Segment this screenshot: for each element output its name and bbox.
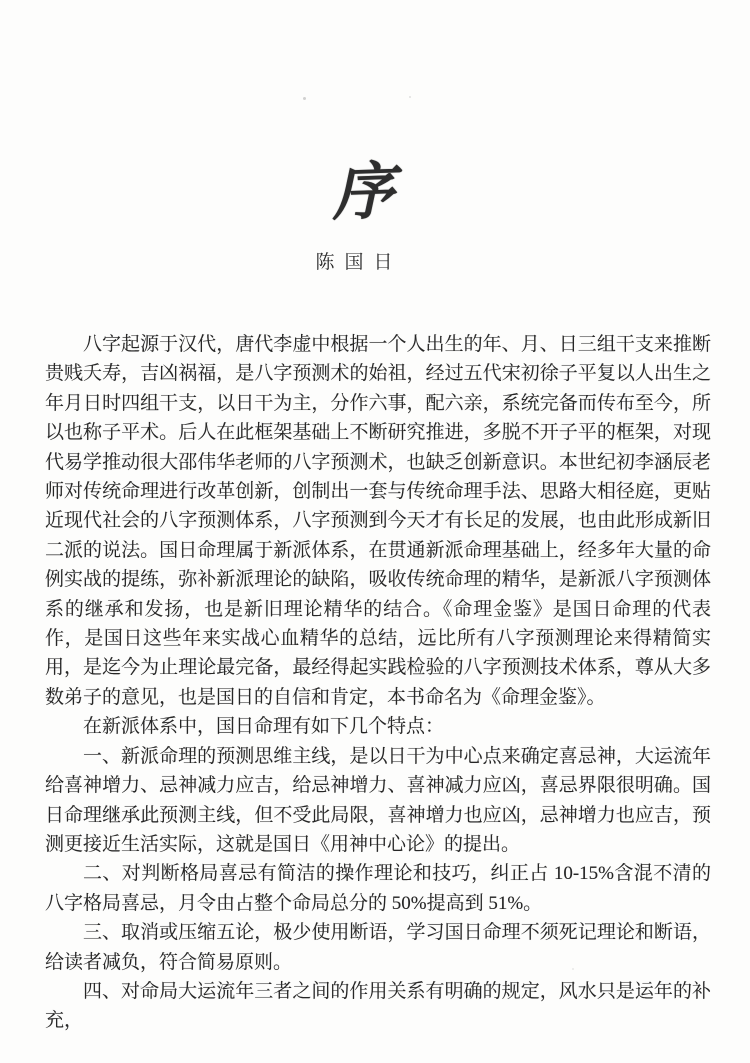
- preface-body: 八字起源于汉代，唐代李虚中根据一个人出生的年、月、日三组干支来推断贵贱夭寿，吉凶…: [45, 330, 711, 1036]
- page-title: 序: [0, 149, 739, 237]
- paragraph-intro: 八字起源于汉代，唐代李虚中根据一个人出生的年、月、日三组干支来推断贵贱夭寿，吉凶…: [45, 330, 711, 712]
- scan-speck: [303, 97, 306, 100]
- paragraph-features-lead: 在新派体系中，国日命理有如下几个特点：: [45, 712, 711, 741]
- paragraph-feature-1: 一、新派命理的预测思维主线，是以日干为中心点来确定喜忌神，大运流年给喜神增力、忌…: [45, 742, 711, 860]
- scanned-book-page: 序 陈国日 八字起源于汉代，唐代李虚中根据一个人出生的年、月、日三组干支来推断贵…: [0, 0, 750, 1063]
- paragraph-feature-3: 三、取消或压缩五论，极少使用断语，学习国日命理不须死记理论和断语，给读者减负，符…: [45, 918, 711, 977]
- paragraph-feature-4: 四、对命局大运流年三者之间的作用关系有明确的规定，风水只是运年的补充，: [45, 977, 711, 1036]
- paragraph-feature-2: 二、对判断格局喜忌有简洁的操作理论和技巧，纠正占 10-15%含混不清的八字格局…: [45, 859, 711, 918]
- author-name: 陈国日: [0, 247, 734, 274]
- scan-speck: [409, 96, 411, 98]
